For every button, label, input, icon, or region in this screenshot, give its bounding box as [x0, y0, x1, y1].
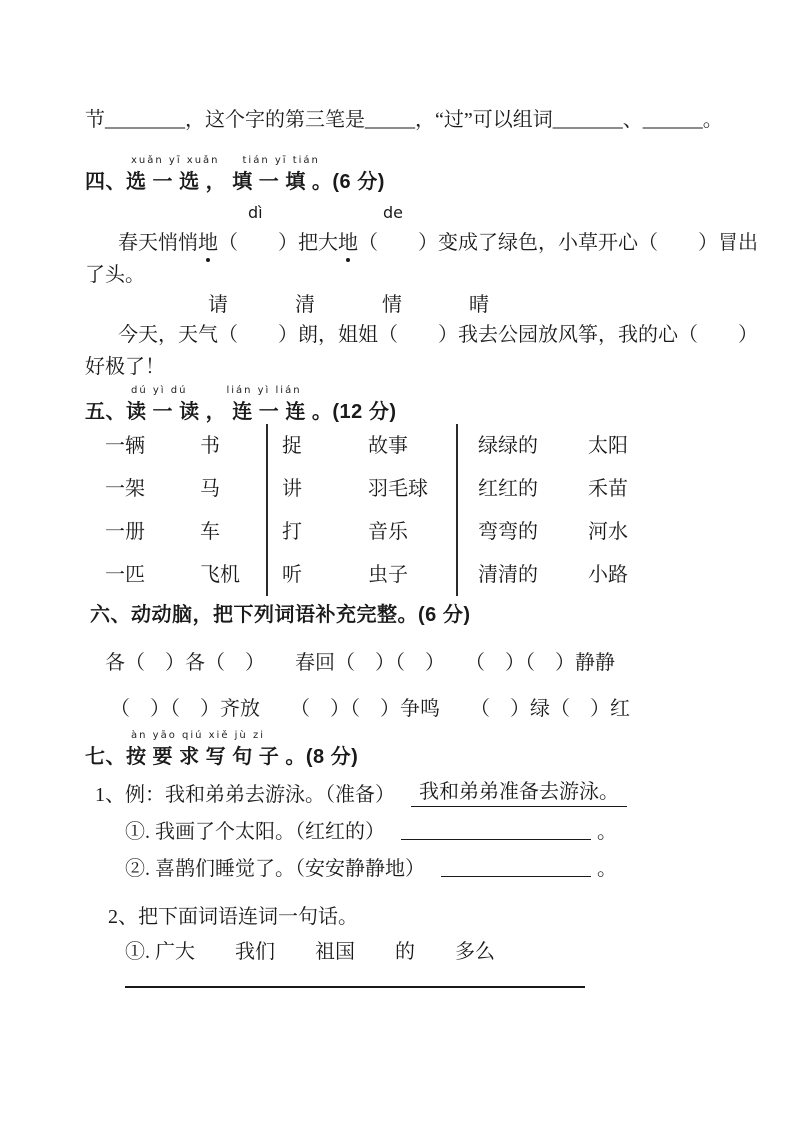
- match-right: 飞机: [200, 564, 266, 586]
- pron-choice-di: dì: [248, 203, 263, 222]
- match-group-measure-words: 一辆 书 一架 马 一册 车 一匹 飞机: [85, 424, 266, 596]
- continuation-line: 节________，这个字的第三笔是_____，“过”可以组词_______、_…: [85, 103, 723, 132]
- section7-pinyin-row: àn yāo qiú xiě jù zi: [85, 721, 358, 744]
- section6-blanks-line2: （ ）（ ）齐放 （ ）（ ）争鸣 （ ）绿（ ）红: [110, 692, 630, 721]
- q1-example-label: 1、例：我和弟弟去游泳。（准备）: [95, 778, 395, 807]
- match-right: 故事: [368, 435, 456, 457]
- match-right: 虫子: [368, 564, 456, 586]
- section5-title: 五、读 一 读 ， 连 一 连 。(12 分): [85, 399, 397, 425]
- q1-sub2-row: ②. 喜鹊们睡觉了。（安安静静地） 。: [125, 852, 617, 881]
- char-choice-qing3: 情: [382, 288, 404, 317]
- q1-example-row: 1、例：我和弟弟去游泳。（准备） 我和弟弟准备去游泳。: [95, 775, 627, 807]
- match-left: 绿绿的: [478, 435, 588, 457]
- q1-example-answer: 我和弟弟准备去游泳。: [411, 775, 627, 807]
- section5-pinyin-2: lián yì lián: [226, 385, 301, 396]
- match-group-verbs: 捉 故事 讲 羽毛球 打 音乐 听 虫子: [266, 424, 456, 596]
- section4-paragraph2-line1: 今天，天气（ ）朗，姐姐（ ）我去公园放风筝，我的心（ ）: [118, 318, 758, 347]
- section7-header: àn yāo qiú xiě jù zi 七、按 要 求 写 句 子 。(8 分…: [85, 721, 358, 770]
- section4-paragraph1-line2: 了头。: [85, 258, 145, 287]
- match-right: 羽毛球: [368, 478, 456, 500]
- match-left: 清清的: [478, 564, 588, 586]
- match-right: 马: [200, 478, 266, 500]
- section4-pinyin-2: tián yī tián: [243, 155, 320, 166]
- match-left: 一册: [105, 521, 200, 543]
- match-right: 禾苗: [588, 478, 708, 500]
- match-left: 红红的: [478, 478, 588, 500]
- char-choice-qing4: 晴: [469, 288, 491, 317]
- p1-text-b: （ ）把大: [218, 232, 338, 254]
- match-right: 太阳: [588, 435, 708, 457]
- section4-char-choices: 请 清 情 晴: [208, 288, 551, 317]
- match-left: 弯弯的: [478, 521, 588, 543]
- section5-pinyin-1: dú yì dú: [131, 385, 187, 396]
- p1-text-c: （ ）变成了绿色，小草开心（ ）冒出: [358, 232, 758, 254]
- match-left: 一辆: [105, 435, 200, 457]
- section4-paragraph2-line2: 好极了！: [85, 350, 165, 379]
- section4-pinyin-row: xuǎn yī xuǎn tián yī tián: [85, 146, 385, 169]
- section4-header: xuǎn yī xuǎn tián yī tián 四、选 一 选 ， 填 一 …: [85, 146, 385, 195]
- q1-sub2-label: ②. 喜鹊们睡觉了。（安安静静地）: [125, 852, 425, 881]
- match-left: 捉: [282, 435, 368, 457]
- p1-emphasized-de-2: 地: [338, 226, 358, 255]
- char-choice-qing2: 清: [295, 288, 317, 317]
- char-choice-qing1: 请: [208, 288, 230, 317]
- section7-pinyin: àn yāo qiú xiě jù zi: [131, 730, 265, 741]
- match-right: 音乐: [368, 521, 456, 543]
- p1-emphasized-de-1: 地: [198, 226, 218, 255]
- match-left: 讲: [282, 478, 368, 500]
- match-right: 小路: [588, 564, 708, 586]
- q1-sub2-answer-blank: [441, 866, 591, 877]
- q1-sub1-label: ①. 我画了个太阳。（红红的）: [125, 815, 385, 844]
- match-group-adjectives: 绿绿的 太阳 红红的 禾苗 弯弯的 河水 清清的 小路: [456, 424, 708, 596]
- section5-pinyin-row: dú yì dú lián yì lián: [85, 376, 397, 399]
- section7-title: 七、按 要 求 写 句 子 。(8 分): [85, 744, 358, 770]
- pron-choice-de: de: [383, 203, 403, 222]
- worksheet-page: 节________，这个字的第三笔是_____，“过”可以组词_______、_…: [0, 0, 793, 1122]
- section5-header: dú yì dú lián yì lián 五、读 一 读 ， 连 一 连 。(…: [85, 376, 397, 425]
- section6-blanks-line1: 各（ ）各（ ） 春回（ ）（ ） （ ）（ ）静静: [105, 646, 615, 675]
- q1-sub2-period: 。: [597, 852, 617, 881]
- match-right: 书: [200, 435, 266, 457]
- matching-table: 一辆 书 一架 马 一册 车 一匹 飞机 捉 故事 讲 羽毛球 打 音乐 听 虫…: [85, 424, 708, 596]
- q1-sub1-row: ①. 我画了个太阳。（红红的） 。: [125, 815, 617, 844]
- section4-pinyin-1: xuǎn yī xuǎn: [131, 155, 220, 166]
- p1-text-a: 春天悄悄: [118, 232, 198, 254]
- match-left: 听: [282, 564, 368, 586]
- section6-title: 六、动动脑，把下列词语补充完整。(6 分): [90, 602, 471, 628]
- match-left: 一匹: [105, 564, 200, 586]
- match-right: 河水: [588, 521, 708, 543]
- q2-word-list: ①. 广大 我们 祖国 的 多么: [125, 935, 495, 964]
- q2-label: 2、把下面词语连词一句话。: [108, 900, 358, 929]
- section4-paragraph1-line1: 春天悄悄地（ ）把大地（ ）变成了绿色，小草开心（ ）冒出: [118, 226, 758, 255]
- q1-sub1-answer-blank: [401, 829, 591, 840]
- section4-title: 四、选 一 选 ， 填 一 填 。(6 分): [85, 169, 385, 195]
- q1-sub1-period: 。: [597, 815, 617, 844]
- match-left: 一架: [105, 478, 200, 500]
- q2-answer-line: [125, 986, 585, 988]
- match-left: 打: [282, 521, 368, 543]
- match-right: 车: [200, 521, 266, 543]
